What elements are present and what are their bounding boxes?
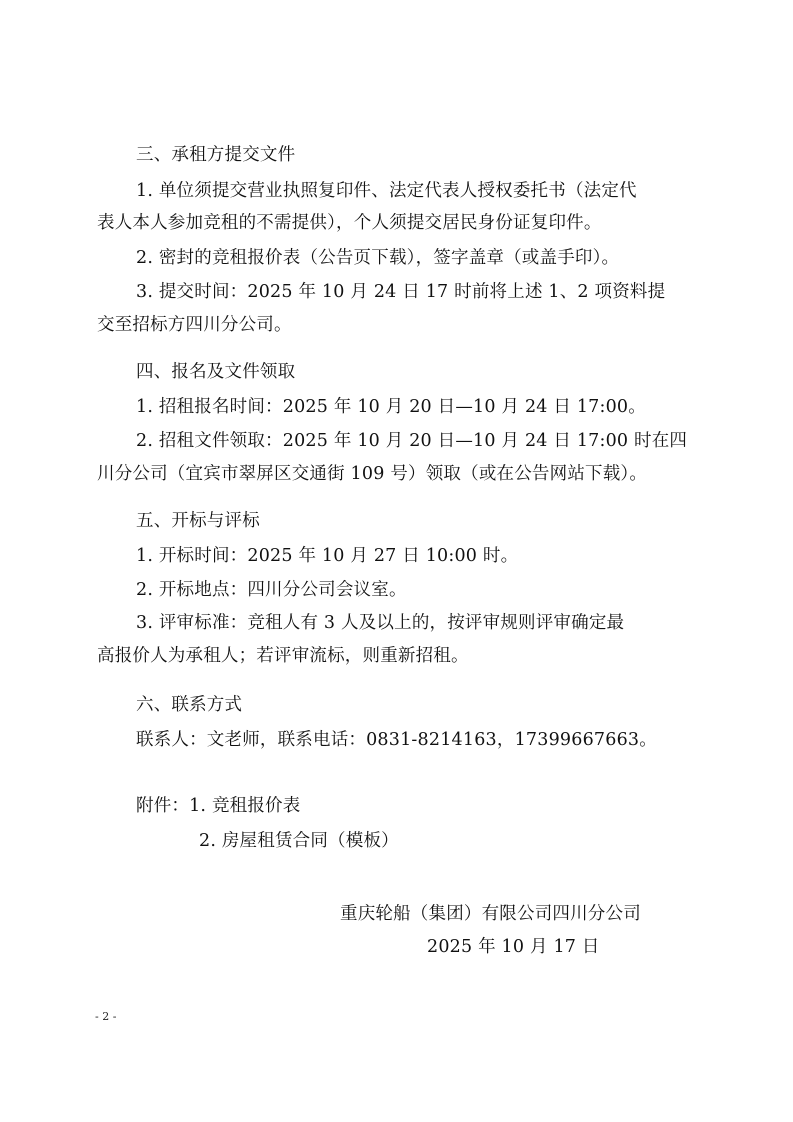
section-4-heading: 四、报名及文件领取	[136, 361, 295, 383]
signature-date: 2025 年 10 月 17 日	[427, 936, 600, 958]
section-4-item-1: 1. 招租报名时间：2025 年 10 月 20 日—10 月 24 日 17:…	[136, 396, 646, 418]
section-3-item-1-line-1: 1. 单位须提交营业执照复印件、法定代表人授权委托书（法定代	[136, 180, 637, 202]
section-3-item-3-line-1: 3. 提交时间：2025 年 10 月 24 日 17 时前将上述 1、2 项资…	[136, 281, 665, 303]
section-4-item-2-line-1: 2. 招租文件领取：2025 年 10 月 20 日—10 月 24 日 17:…	[136, 430, 687, 452]
section-4-item-2-line-2: 川分公司（宜宾市翠屏区交通街 109 号）领取（或在公告网站下载）。	[97, 463, 647, 485]
document-page: 三、承租方提交文件 1. 单位须提交营业执照复印件、法定代表人授权委托书（法定代…	[0, 0, 793, 1122]
contact-line: 联系人：文老师，联系电话：0831-8214163，17399667663。	[136, 729, 657, 751]
page-number: - 2 -	[95, 1010, 116, 1024]
section-3-heading: 三、承租方提交文件	[136, 144, 295, 166]
section-5-item-1: 1. 开标时间：2025 年 10 月 27 日 10:00 时。	[136, 545, 518, 567]
section-3-item-3-line-2: 交至招标方四川分公司。	[97, 314, 292, 336]
attachments-line-2: 2. 房屋租赁合同（模板）	[199, 830, 399, 852]
section-5-item-3-line-2: 高报价人为承租人；若评审流标，则重新招租。	[97, 645, 469, 667]
signature-organization: 重庆轮船（集团）有限公司四川分公司	[340, 903, 641, 925]
section-5-item-2: 2. 开标地点：四川分公司会议室。	[136, 579, 407, 601]
section-3-item-1-line-2: 表人本人参加竞租的不需提供），个人须提交居民身份证复印件。	[97, 212, 602, 234]
attachments-line-1: 附件：1. 竞租报价表	[136, 795, 300, 817]
section-6-heading: 六、联系方式	[136, 694, 242, 716]
section-3-item-2: 2. 密封的竞租报价表（公告页下载），签字盖章（或盖手印）。	[136, 247, 619, 269]
section-5-heading: 五、开标与评标	[136, 510, 260, 532]
section-5-item-3-line-1: 3. 评审标准：竞租人有 3 人及以上的，按评审规则评审确定最	[136, 612, 624, 634]
